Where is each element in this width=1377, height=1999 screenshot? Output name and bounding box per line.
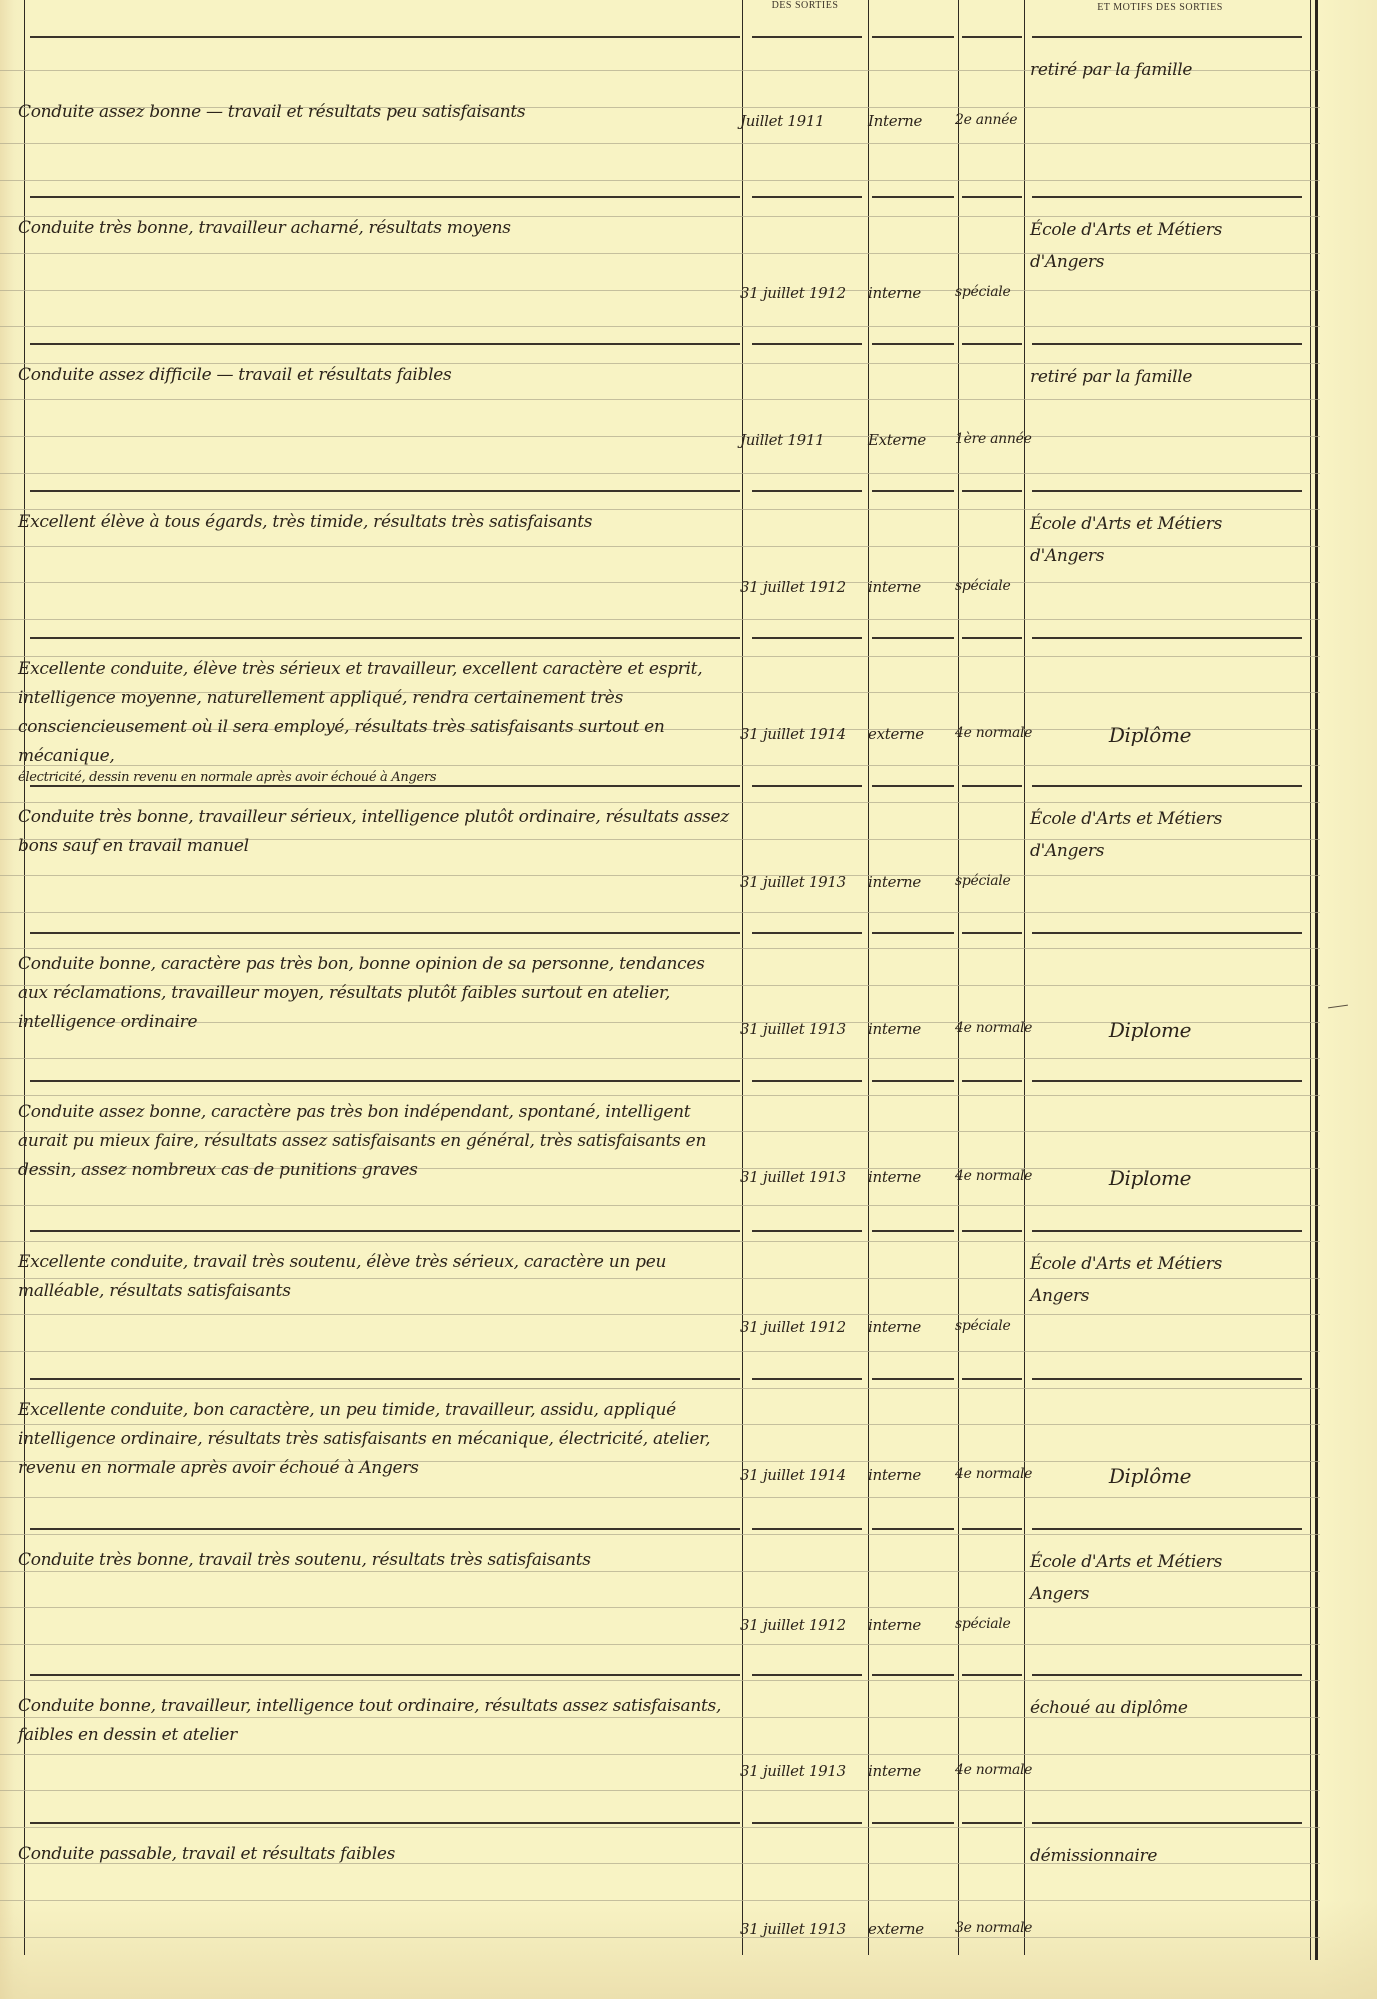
exit-date: 31 juillet 1912 xyxy=(740,284,865,302)
exit-destination: École d'Arts et Métiers Angers xyxy=(1030,1248,1270,1312)
ruled-line xyxy=(0,1351,1320,1352)
row-separator xyxy=(752,1528,862,1530)
row-separator xyxy=(752,785,862,787)
class-level: spéciale xyxy=(955,284,1041,300)
class-level: 1ère année xyxy=(955,431,1041,447)
row-separator xyxy=(962,785,1022,787)
boarding-status: interne xyxy=(868,578,954,596)
row-separator xyxy=(752,36,862,38)
exit-destination: École d'Arts et Métiers d'Angers xyxy=(1030,214,1270,278)
remarks-text: Conduite bonne, caractère pas très bon, … xyxy=(18,950,738,1037)
row-separator xyxy=(962,343,1022,345)
row-separator xyxy=(752,196,862,198)
remarks-text: Excellente conduite, travail très souten… xyxy=(18,1248,738,1306)
ruled-line xyxy=(0,1754,1320,1755)
row-separator xyxy=(872,1378,954,1380)
row-separator xyxy=(962,1080,1022,1082)
ruled-line xyxy=(0,180,1320,181)
remarks-text: Conduite assez bonne — travail et résult… xyxy=(18,98,738,127)
remarks-text: Excellente conduite, bon caractère, un p… xyxy=(18,1396,738,1483)
row-separator xyxy=(1032,637,1302,639)
row-separator xyxy=(30,343,740,345)
row-separator xyxy=(962,1674,1022,1676)
class-level: 4e normale xyxy=(955,1762,1041,1778)
row-separator xyxy=(962,932,1022,934)
remarks-text: Conduite très bonne, travailleur sérieux… xyxy=(18,803,738,861)
boarding-status: externe xyxy=(868,725,954,743)
row-separator xyxy=(30,932,740,934)
row-separator xyxy=(752,1822,862,1824)
exit-destination: retiré par la famille xyxy=(1030,361,1270,393)
exit-date: 31 juillet 1913 xyxy=(740,1920,865,1938)
column-line-right-border xyxy=(1310,0,1318,1960)
exit-destination: Diplôme xyxy=(1030,719,1270,751)
row-separator xyxy=(1032,490,1302,492)
boarding-status: interne xyxy=(868,1762,954,1780)
ruled-line xyxy=(0,1388,1320,1389)
exit-date: Juillet 1911 xyxy=(740,112,865,130)
row-separator xyxy=(872,36,954,38)
ruled-line xyxy=(0,912,1320,913)
ruled-line xyxy=(0,1095,1320,1096)
row-separator xyxy=(1032,1230,1302,1232)
exit-destination: École d'Arts et Métiers d'Angers xyxy=(1030,803,1270,867)
row-separator xyxy=(1032,343,1302,345)
boarding-status: interne xyxy=(868,1168,954,1186)
boarding-status: interne xyxy=(868,1616,954,1634)
row-separator xyxy=(872,1080,954,1082)
row-separator xyxy=(962,1528,1022,1530)
exit-destination: retiré par la famille xyxy=(1030,54,1270,86)
ruled-line xyxy=(0,1241,1320,1242)
exit-date: 31 juillet 1913 xyxy=(740,1020,865,1038)
row-separator xyxy=(752,343,862,345)
row-separator xyxy=(30,1230,740,1232)
ruled-line xyxy=(0,399,1320,400)
row-separator xyxy=(962,36,1022,38)
row-separator xyxy=(1032,196,1302,198)
remarks-text: Excellent élève à tous égards, très timi… xyxy=(18,508,738,537)
row-separator xyxy=(872,1230,954,1232)
remarks-text: Excellente conduite, élève très sérieux … xyxy=(18,655,738,785)
ruled-line xyxy=(0,1827,1320,1828)
ruled-line xyxy=(0,1497,1320,1498)
class-level: 4e normale xyxy=(955,725,1041,741)
boarding-status: interne xyxy=(868,1466,954,1484)
row-separator xyxy=(30,490,740,492)
row-separator xyxy=(872,932,954,934)
header-date-label: DES SORTIES xyxy=(750,0,860,11)
exit-date: Juillet 1911 xyxy=(740,431,865,449)
class-level: 4e normale xyxy=(955,1020,1041,1036)
class-level: 2e année xyxy=(955,112,1041,128)
row-separator xyxy=(962,1230,1022,1232)
ruled-line xyxy=(0,619,1320,620)
row-separator xyxy=(872,343,954,345)
row-separator xyxy=(30,1528,740,1530)
paper-stain xyxy=(0,1900,1377,1999)
ruled-line xyxy=(0,326,1320,327)
exit-date: 31 juillet 1913 xyxy=(740,1168,865,1186)
ruled-line xyxy=(0,582,1320,583)
exit-date: 31 juillet 1913 xyxy=(740,1762,865,1780)
remarks-text: Conduite très bonne, travailleur acharné… xyxy=(18,214,738,243)
row-separator xyxy=(1032,785,1302,787)
boarding-status: externe xyxy=(868,1920,954,1938)
row-separator xyxy=(1032,1822,1302,1824)
class-level: spéciale xyxy=(955,1318,1041,1334)
class-level: 4e normale xyxy=(955,1466,1041,1482)
exit-date: 31 juillet 1912 xyxy=(740,1616,865,1634)
boarding-status: interne xyxy=(868,284,954,302)
exit-destination: Diplome xyxy=(1030,1014,1270,1046)
ruled-line xyxy=(0,143,1320,144)
remarks-text: Conduite assez bonne, caractère pas très… xyxy=(18,1098,738,1185)
remarks-text: Conduite bonne, travailleur, intelligenc… xyxy=(18,1692,738,1750)
row-separator xyxy=(962,490,1022,492)
row-separator xyxy=(872,637,954,639)
ruled-line xyxy=(0,1644,1320,1645)
row-separator xyxy=(1032,1378,1302,1380)
remarks-text: Conduite assez difficile — travail et ré… xyxy=(18,361,738,390)
row-separator xyxy=(30,785,740,787)
row-separator xyxy=(752,1378,862,1380)
exit-date: 31 juillet 1912 xyxy=(740,578,865,596)
row-separator xyxy=(30,1822,740,1824)
exit-destination: démissionnaire xyxy=(1030,1840,1270,1872)
exit-destination: Diplôme xyxy=(1030,1460,1270,1492)
row-separator xyxy=(962,637,1022,639)
row-separator xyxy=(872,1674,954,1676)
ruled-line xyxy=(0,948,1320,949)
row-separator xyxy=(30,196,740,198)
ruled-line xyxy=(0,473,1320,474)
boarding-status: interne xyxy=(868,873,954,891)
row-separator xyxy=(1032,36,1302,38)
row-separator xyxy=(1032,1080,1302,1082)
row-separator xyxy=(752,1674,862,1676)
ruled-line xyxy=(0,1058,1320,1059)
row-separator xyxy=(872,196,954,198)
ruled-line xyxy=(0,1900,1320,1901)
exit-date: 31 juillet 1914 xyxy=(740,725,865,743)
row-separator xyxy=(30,1674,740,1676)
row-separator xyxy=(872,1528,954,1530)
row-separator xyxy=(1032,1528,1302,1530)
ruled-line xyxy=(0,1790,1320,1791)
exit-date: 31 juillet 1914 xyxy=(740,1466,865,1484)
row-separator xyxy=(752,932,862,934)
ruled-line xyxy=(0,875,1320,876)
row-separator xyxy=(872,1822,954,1824)
row-separator xyxy=(962,1378,1022,1380)
ruled-line xyxy=(0,436,1320,437)
class-level: 3e normale xyxy=(955,1920,1041,1936)
exit-destination: échoué au diplôme xyxy=(1030,1692,1270,1724)
row-separator xyxy=(30,637,740,639)
row-separator xyxy=(30,1080,740,1082)
ruled-line xyxy=(0,290,1320,291)
ruled-line xyxy=(0,1534,1320,1535)
header-destination-label: ET MOTIFS DES SORTIES xyxy=(1040,2,1280,13)
boarding-status: Interne xyxy=(868,112,954,130)
boarding-status: Externe xyxy=(868,431,954,449)
exit-date: 31 juillet 1912 xyxy=(740,1318,865,1336)
exit-destination: École d'Arts et Métiers d'Angers xyxy=(1030,508,1270,572)
class-level: 4e normale xyxy=(955,1168,1041,1184)
row-separator xyxy=(872,785,954,787)
boarding-status: interne xyxy=(868,1020,954,1038)
row-separator xyxy=(962,1822,1022,1824)
class-level: spéciale xyxy=(955,1616,1041,1632)
row-separator xyxy=(752,637,862,639)
row-separator xyxy=(30,1378,740,1380)
row-separator xyxy=(752,1230,862,1232)
ruled-line xyxy=(0,1680,1320,1681)
row-separator xyxy=(1032,932,1302,934)
class-level: spéciale xyxy=(955,873,1041,889)
remarks-text: Conduite passable, travail et résultats … xyxy=(18,1840,738,1869)
ruled-line xyxy=(0,1205,1320,1206)
exit-destination: École d'Arts et Métiers Angers xyxy=(1030,1546,1270,1610)
row-separator xyxy=(752,490,862,492)
exit-date: 31 juillet 1913 xyxy=(740,873,865,891)
row-separator xyxy=(872,490,954,492)
remarks-text: Conduite très bonne, travail très souten… xyxy=(18,1546,738,1575)
ruled-line xyxy=(0,1314,1320,1315)
exit-destination: Diplome xyxy=(1030,1162,1270,1194)
margin-pen-mark xyxy=(1328,1005,1348,1009)
boarding-status: interne xyxy=(868,1318,954,1336)
class-level: spéciale xyxy=(955,578,1041,594)
row-separator xyxy=(752,1080,862,1082)
remarks-note: électricité, dessin revenu en normale ap… xyxy=(18,771,738,785)
row-separator xyxy=(30,36,740,38)
row-separator xyxy=(962,196,1022,198)
ruled-line xyxy=(0,1937,1320,1938)
row-separator xyxy=(1032,1674,1302,1676)
